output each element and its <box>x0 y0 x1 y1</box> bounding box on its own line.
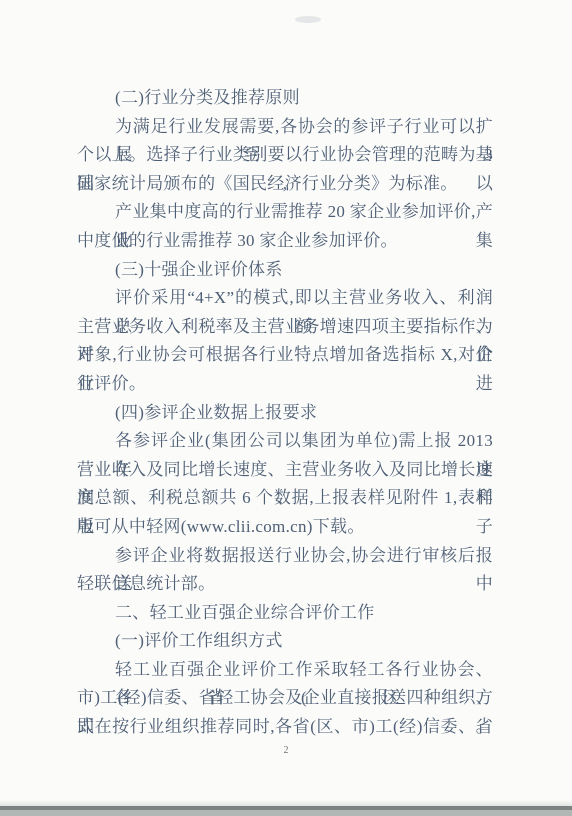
text-line: 各参评企业(集团公司以集团为单位)需上报 2013 年度 <box>77 427 493 456</box>
scan-bottom-edge-light <box>0 810 572 816</box>
text-line: 评价采用“4+X”的模式,即以主营业务收入、利润总额、 <box>77 284 493 313</box>
scan-artifact <box>295 16 321 23</box>
text-line: 国家统计局颁布的《国民经济行业分类》为标准。 <box>77 170 493 199</box>
text-line: 为满足行业发展需要,各协会的参评子行业可以扩展至 3 <box>77 113 493 142</box>
text-line: 对象,行业协会可根据各行业特点增加备选指标 X,对企业进 <box>77 341 493 370</box>
heading-line: (四)参评企业数据上报要求 <box>77 399 493 428</box>
text-line: 即在按行业组织推荐同时,各省(区、市)工(经)信委、省 <box>77 713 493 742</box>
heading-line: (二)行业分类及推荐原则 <box>77 84 493 113</box>
text-line: 市)工(经)信委、省轻工协会及企业直接报送四种组织方式。 <box>77 684 493 713</box>
text-line: 轻工业百强企业评价工作采取轻工各行业协会、各省(区、 <box>77 656 493 685</box>
text-line: 营业收入及同比增长速度、主营业务收入及同比增长速度、利 <box>77 456 493 485</box>
text-line: 个以上。选择子行业类别要以行业协会管理的范畴为基础,以 <box>77 141 493 170</box>
text-line: 主营业务收入利税率及主营业务增速四项主要指标作为评价 <box>77 313 493 342</box>
heading-line: (一)评价工作组织方式 <box>77 627 493 656</box>
page-number: 2 <box>0 745 572 757</box>
text-line: 产业集中度高的行业需推荐 20 家企业参加评价,产业集 <box>77 198 493 227</box>
heading-line: (三)十强企业评价体系 <box>77 256 493 285</box>
heading-line: 二、轻工业百强企业综合评价工作 <box>77 599 493 628</box>
document-body: (二)行业分类及推荐原则为满足行业发展需要,各协会的参评子行业可以扩展至 3个以… <box>77 84 493 742</box>
scanned-document-page: (二)行业分类及推荐原则为满足行业发展需要,各协会的参评子行业可以扩展至 3个以… <box>0 0 572 816</box>
text-line: 参评企业将数据报送行业协会,协会进行审核后报送中 <box>77 542 493 571</box>
text-line: 润总额、利税总额共 6 个数据,上报表样见附件 1,表样电子 <box>77 484 493 513</box>
